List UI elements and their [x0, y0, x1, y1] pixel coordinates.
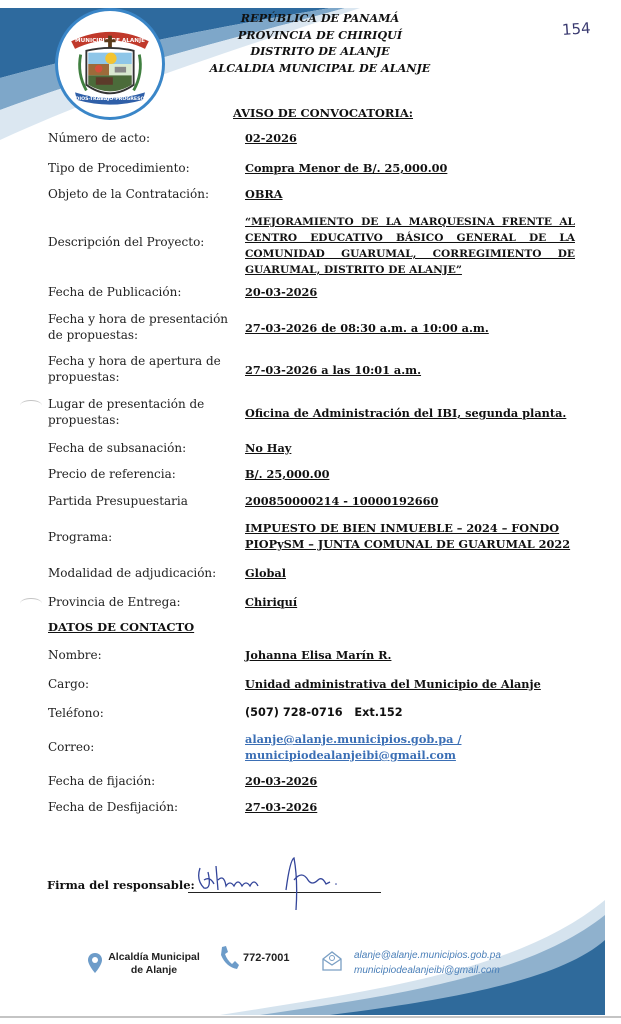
- email-links: alanje@alanje.municipios.gob.pa / munici…: [245, 731, 575, 763]
- footer-email-text: alanje@alanje.municipios.gob.pa municipi…: [354, 948, 501, 978]
- field-value: Chiriquí: [245, 594, 575, 610]
- field-label: Correo:: [48, 739, 233, 755]
- phone-icon: [218, 945, 240, 971]
- field-value: “MEJORAMIENTO DE LA MARQUESINA FRENTE AL…: [245, 214, 575, 278]
- field-label: Descripción del Proyecto:: [48, 234, 233, 250]
- footer-email-primary[interactable]: alanje@alanje.municipios.gob.pa: [354, 948, 501, 963]
- field-value: 200850000214 - 10000192660: [245, 493, 575, 509]
- footer-banner: [0, 880, 621, 1024]
- contact-section-heading: DATOS DE CONTACTO: [48, 620, 194, 634]
- email-link-secondary[interactable]: municipiodealanjeibi@gmail.com: [245, 747, 575, 763]
- field-value: 02-2026: [245, 130, 575, 146]
- hole-punch-mark: [20, 598, 42, 609]
- field-label: Modalidad de adjudicación:: [48, 565, 233, 581]
- field-value: OBRA: [245, 186, 575, 202]
- field-label: Nombre:: [48, 647, 233, 663]
- field-label: Número de acto:: [48, 130, 233, 146]
- field-value: Unidad administrativa del Municipio de A…: [245, 676, 575, 692]
- field-label: Fecha y hora de presentación de propuest…: [48, 311, 233, 343]
- envelope-icon: [322, 951, 342, 971]
- field-label: Teléfono:: [48, 705, 233, 721]
- field-value: 27-03-2026: [245, 799, 575, 815]
- coat-of-arms-icon: MUNICIPIO DE ALANJE DIOS-TRABAJO-PROGRES…: [58, 11, 162, 117]
- field-label: Objeto de la Contratación:: [48, 186, 233, 202]
- field-label: Partida Presupuestaria: [48, 493, 233, 509]
- field-label: Fecha de Desfijación:: [48, 799, 233, 815]
- field-label: Cargo:: [48, 676, 233, 692]
- field-value: B/. 25,000.00: [245, 466, 575, 482]
- email-link-primary[interactable]: alanje@alanje.municipios.gob.pa /: [245, 731, 575, 747]
- location-pin-icon: [88, 953, 102, 973]
- footer-email-secondary[interactable]: municipiodealanjeibi@gmail.com: [354, 963, 501, 978]
- field-value: 20-03-2026: [245, 284, 575, 300]
- header-line-district: DISTRITO DE ALANJE: [200, 43, 440, 60]
- letterhead: REPÚBLICA DE PANAMÁ PROVINCIA DE CHIRIQU…: [200, 10, 440, 76]
- field-label: Fecha y hora de apertura de propuestas:: [48, 353, 233, 385]
- field-value: IMPUESTO DE BIEN INMUEBLE – 2024 – FONDO…: [245, 520, 575, 552]
- field-value: Compra Menor de B/. 25,000.00: [245, 160, 575, 176]
- field-label: Tipo de Procedimiento:: [48, 160, 233, 176]
- field-label: Fecha de subsanación:: [48, 440, 233, 456]
- field-label: Precio de referencia:: [48, 466, 233, 482]
- field-label: Programa:: [48, 529, 233, 545]
- field-value: No Hay: [245, 440, 575, 456]
- header-line-municipality: ALCALDIA MUNICIPAL DE ALANJE: [200, 60, 440, 77]
- hole-punch-mark: [20, 400, 42, 411]
- header-line-province: PROVINCIA DE CHIRIQUÍ: [200, 27, 440, 44]
- field-label: Provincia de Entrega:: [48, 594, 233, 610]
- document-title: AVISO DE CONVOCATORIA:: [233, 106, 413, 120]
- field-value: Global: [245, 565, 575, 581]
- field-label: Lugar de presentación de propuestas:: [48, 396, 233, 428]
- footer-address-text: Alcaldía Municipal de Alanje: [104, 951, 204, 977]
- field-label: Fecha de Publicación:: [48, 284, 233, 300]
- municipal-seal: MUNICIPIO DE ALANJE DIOS-TRABAJO-PROGRES…: [55, 8, 165, 120]
- field-value: Johanna Elisa Marín R.: [245, 647, 575, 663]
- field-value: (507) 728-0716 Ext.152: [245, 705, 575, 721]
- field-value: 20-03-2026: [245, 773, 575, 789]
- handwritten-page-number: 154: [561, 19, 591, 39]
- field-value: 27-03-2026 de 08:30 a.m. a 10:00 a.m.: [245, 320, 575, 336]
- footer-phone-text: 772-7001: [243, 952, 290, 964]
- header-line-country: REPÚBLICA DE PANAMÁ: [200, 10, 440, 27]
- field-value: Oficina de Administración del IBI, segun…: [245, 405, 575, 421]
- field-label: Fecha de fijación:: [48, 773, 233, 789]
- field-value: 27-03-2026 a las 10:01 a.m.: [245, 362, 575, 378]
- svg-text:DIOS-TRABAJO-PROGRESO: DIOS-TRABAJO-PROGRESO: [75, 96, 144, 102]
